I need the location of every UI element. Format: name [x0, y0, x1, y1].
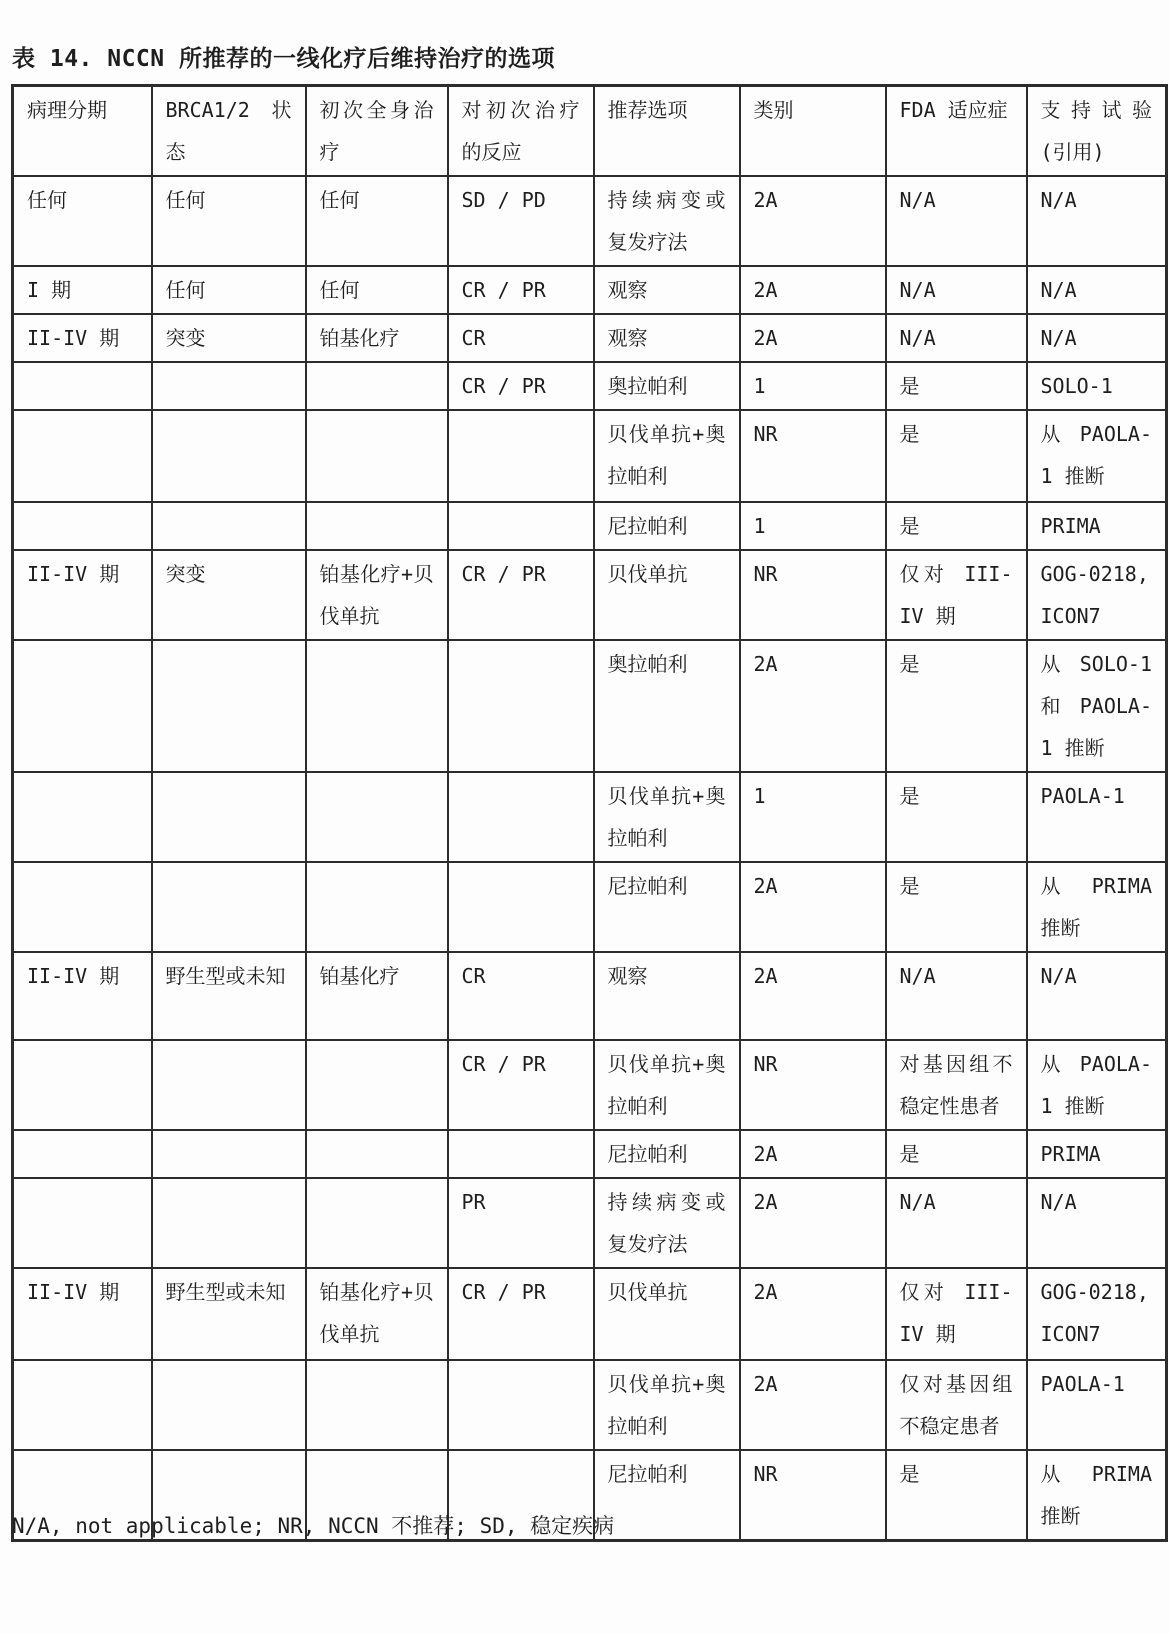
table-cell: I 期 [13, 266, 152, 314]
table-row: 尼拉帕利2A是PRIMA [13, 1130, 1167, 1178]
table-cell: 奥拉帕利 [594, 362, 740, 410]
table-cell [306, 1130, 448, 1178]
table-cell: 尼拉帕利 [594, 1130, 740, 1178]
table-cell: II-IV 期 [13, 952, 152, 1040]
table-cell: N/A [1027, 952, 1167, 1040]
table-cell [448, 502, 594, 550]
maintenance-options-table: 病理分期BRCA1/2 状态初次全身治疗对初次治疗的反应推荐选项类别FDA 适应… [11, 84, 1168, 1542]
table-row: 贝伐单抗+奥拉帕利2A仅对基因组不稳定患者PAOLA-1 [13, 1360, 1167, 1450]
table-cell: PAOLA-1 [1027, 772, 1167, 862]
table-row: CR / PR贝伐单抗+奥拉帕利NR对基因组不稳定性患者从 PAOLA-1 推断 [13, 1040, 1167, 1130]
table-cell: N/A [886, 952, 1027, 1040]
table-cell: CR [448, 952, 594, 1040]
table-cell: 任何 [306, 176, 448, 266]
table-cell [152, 862, 306, 952]
table-cell: CR / PR [448, 1040, 594, 1130]
table-cell [306, 772, 448, 862]
table-cell [13, 1178, 152, 1268]
table-cell: 是 [886, 862, 1027, 952]
table-cell: 从 PAOLA-1 推断 [1027, 1040, 1167, 1130]
table-row: 任何任何任何SD / PD持续病变或复发疗法2AN/AN/A [13, 176, 1167, 266]
table-cell: 从 PAOLA-1 推断 [1027, 410, 1167, 502]
table-cell [306, 1178, 448, 1268]
table-row: CR / PR奥拉帕利1是SOLO-1 [13, 362, 1167, 410]
table-row: 尼拉帕利1是PRIMA [13, 502, 1167, 550]
table-cell [13, 502, 152, 550]
table-header: 病理分期BRCA1/2 状态初次全身治疗对初次治疗的反应推荐选项类别FDA 适应… [13, 86, 1167, 177]
table-cell [152, 362, 306, 410]
table-cell: PAOLA-1 [1027, 1360, 1167, 1450]
table-cell: 任何 [13, 176, 152, 266]
column-header: 推荐选项 [594, 86, 740, 177]
table-cell [306, 362, 448, 410]
column-header: 对初次治疗的反应 [448, 86, 594, 177]
table-cell [306, 1040, 448, 1130]
table-cell [152, 1360, 306, 1450]
table-cell: 是 [886, 772, 1027, 862]
table-cell: N/A [1027, 1178, 1167, 1268]
table-cell [306, 502, 448, 550]
table-cell: 2A [740, 640, 886, 772]
table-cell: 2A [740, 1178, 886, 1268]
table-cell: CR / PR [448, 362, 594, 410]
table-cell: 野生型或未知 [152, 1268, 306, 1360]
table-row: II-IV 期野生型或未知铂基化疗+贝伐单抗CR / PR贝伐单抗2A仅对 II… [13, 1268, 1167, 1360]
table-cell: 贝伐单抗+奥拉帕利 [594, 1360, 740, 1450]
table-row: II-IV 期野生型或未知铂基化疗CR观察2AN/AN/A [13, 952, 1167, 1040]
table-cell [13, 1040, 152, 1130]
table-cell: 贝伐单抗 [594, 550, 740, 640]
table-cell [13, 362, 152, 410]
table-cell: 2A [740, 314, 886, 362]
table-cell: N/A [886, 176, 1027, 266]
table-row: I 期任何任何CR / PR观察2AN/AN/A [13, 266, 1167, 314]
table-row: 尼拉帕利2A是从 PRIMA 推断 [13, 862, 1167, 952]
table-cell [13, 862, 152, 952]
footnote: N/A, not applicable; NR, NCCN 不推荐; SD, 稳… [12, 1510, 614, 1540]
table-cell: 观察 [594, 952, 740, 1040]
table-cell: PRIMA [1027, 1130, 1167, 1178]
table-cell: 持续病变或复发疗法 [594, 176, 740, 266]
table-body: 任何任何任何SD / PD持续病变或复发疗法2AN/AN/AI 期任何任何CR … [13, 176, 1167, 1541]
table-cell: 对基因组不稳定性患者 [886, 1040, 1027, 1130]
table-cell: 铂基化疗+贝伐单抗 [306, 1268, 448, 1360]
table-cell [306, 1360, 448, 1450]
table-cell: 奥拉帕利 [594, 640, 740, 772]
table-cell [152, 502, 306, 550]
table-cell [13, 1360, 152, 1450]
table-cell: II-IV 期 [13, 550, 152, 640]
table-cell [448, 410, 594, 502]
table-cell [13, 1130, 152, 1178]
table-cell: CR [448, 314, 594, 362]
table-cell: CR / PR [448, 266, 594, 314]
table-cell: 是 [886, 362, 1027, 410]
table-cell: 铂基化疗 [306, 314, 448, 362]
table-cell: 铂基化疗 [306, 952, 448, 1040]
table-cell: 是 [886, 1450, 1027, 1541]
table-cell [306, 640, 448, 772]
table-cell [448, 772, 594, 862]
table-cell: NR [740, 1040, 886, 1130]
column-header: 病理分期 [13, 86, 152, 177]
table-cell: 观察 [594, 314, 740, 362]
table-row: II-IV 期突变铂基化疗+贝伐单抗CR / PR贝伐单抗NR仅对 III-IV… [13, 550, 1167, 640]
table-cell: GOG-0218, ICON7 [1027, 1268, 1167, 1360]
table-cell [152, 1178, 306, 1268]
table-cell: 1 [740, 362, 886, 410]
table-cell: N/A [1027, 176, 1167, 266]
table-cell: 2A [740, 1130, 886, 1178]
table-cell: 任何 [152, 176, 306, 266]
table-cell: 1 [740, 772, 886, 862]
table-cell [448, 1360, 594, 1450]
table-cell: CR / PR [448, 550, 594, 640]
table-row: PR持续病变或复发疗法2AN/AN/A [13, 1178, 1167, 1268]
table-row: II-IV 期突变铂基化疗CR观察2AN/AN/A [13, 314, 1167, 362]
table-cell: SD / PD [448, 176, 594, 266]
table-cell: 从 PRIMA 推断 [1027, 862, 1167, 952]
table-cell: NR [740, 550, 886, 640]
table-cell: 贝伐单抗+奥拉帕利 [594, 772, 740, 862]
column-header: BRCA1/2 状态 [152, 86, 306, 177]
table-cell [306, 410, 448, 502]
table-cell: 突变 [152, 550, 306, 640]
table-cell: 野生型或未知 [152, 952, 306, 1040]
table-cell [306, 862, 448, 952]
table-cell: N/A [886, 314, 1027, 362]
table-cell [13, 410, 152, 502]
table-cell: CR / PR [448, 1268, 594, 1360]
table-cell: 2A [740, 862, 886, 952]
table-cell: 是 [886, 410, 1027, 502]
table-cell: SOLO-1 [1027, 362, 1167, 410]
document-page: 表 14. NCCN 所推荐的一线化疗后维持治疗的选项 病理分期BRCA1/2 … [0, 0, 1169, 1634]
table-row: 贝伐单抗+奥拉帕利NR是从 PAOLA-1 推断 [13, 410, 1167, 502]
table-cell [448, 862, 594, 952]
table-cell: NR [740, 1450, 886, 1541]
table-cell: II-IV 期 [13, 314, 152, 362]
table-cell: 贝伐单抗+奥拉帕利 [594, 410, 740, 502]
table-cell: 观察 [594, 266, 740, 314]
table-cell: 任何 [306, 266, 448, 314]
table-cell: N/A [886, 266, 1027, 314]
table-cell: 仅对基因组不稳定患者 [886, 1360, 1027, 1450]
table-cell: 铂基化疗+贝伐单抗 [306, 550, 448, 640]
table-cell: 从 SOLO-1 和 PAOLA-1 推断 [1027, 640, 1167, 772]
table-cell: 2A [740, 176, 886, 266]
table-cell: N/A [1027, 266, 1167, 314]
column-header: FDA 适应症 [886, 86, 1027, 177]
table-cell: 2A [740, 1360, 886, 1450]
table-cell: II-IV 期 [13, 1268, 152, 1360]
table-cell: 2A [740, 1268, 886, 1360]
table-cell: N/A [1027, 314, 1167, 362]
table-cell: PR [448, 1178, 594, 1268]
table-cell: 是 [886, 640, 1027, 772]
table-cell: 尼拉帕利 [594, 502, 740, 550]
table-cell: GOG-0218, ICON7 [1027, 550, 1167, 640]
table-cell [152, 772, 306, 862]
table-cell: 贝伐单抗 [594, 1268, 740, 1360]
header-row: 病理分期BRCA1/2 状态初次全身治疗对初次治疗的反应推荐选项类别FDA 适应… [13, 86, 1167, 177]
table-cell [448, 640, 594, 772]
table-cell: 尼拉帕利 [594, 862, 740, 952]
table-cell: 2A [740, 266, 886, 314]
table-cell: 任何 [152, 266, 306, 314]
table-cell: N/A [886, 1178, 1027, 1268]
column-header: 支持试验(引用) [1027, 86, 1167, 177]
column-header: 初次全身治疗 [306, 86, 448, 177]
column-header: 类别 [740, 86, 886, 177]
table-cell [152, 640, 306, 772]
table-cell: NR [740, 410, 886, 502]
table-title: 表 14. NCCN 所推荐的一线化疗后维持治疗的选项 [12, 40, 555, 73]
table-cell: 从 PRIMA 推断 [1027, 1450, 1167, 1541]
table-cell [152, 410, 306, 502]
table-cell [13, 772, 152, 862]
table-cell: 仅对 III-IV 期 [886, 550, 1027, 640]
table-cell: 尼拉帕利 [594, 1450, 740, 1541]
table-row: 贝伐单抗+奥拉帕利1是PAOLA-1 [13, 772, 1167, 862]
table-cell: 是 [886, 502, 1027, 550]
table-cell: 是 [886, 1130, 1027, 1178]
table-cell: 持续病变或复发疗法 [594, 1178, 740, 1268]
table-cell: 突变 [152, 314, 306, 362]
table-cell: 2A [740, 952, 886, 1040]
table-cell: 1 [740, 502, 886, 550]
table-cell: PRIMA [1027, 502, 1167, 550]
table-cell [152, 1040, 306, 1130]
table-cell [13, 640, 152, 772]
table-cell [152, 1130, 306, 1178]
table-cell [448, 1130, 594, 1178]
table-row: 奥拉帕利2A是从 SOLO-1 和 PAOLA-1 推断 [13, 640, 1167, 772]
table-cell: 仅对 III-IV 期 [886, 1268, 1027, 1360]
table-cell: 贝伐单抗+奥拉帕利 [594, 1040, 740, 1130]
